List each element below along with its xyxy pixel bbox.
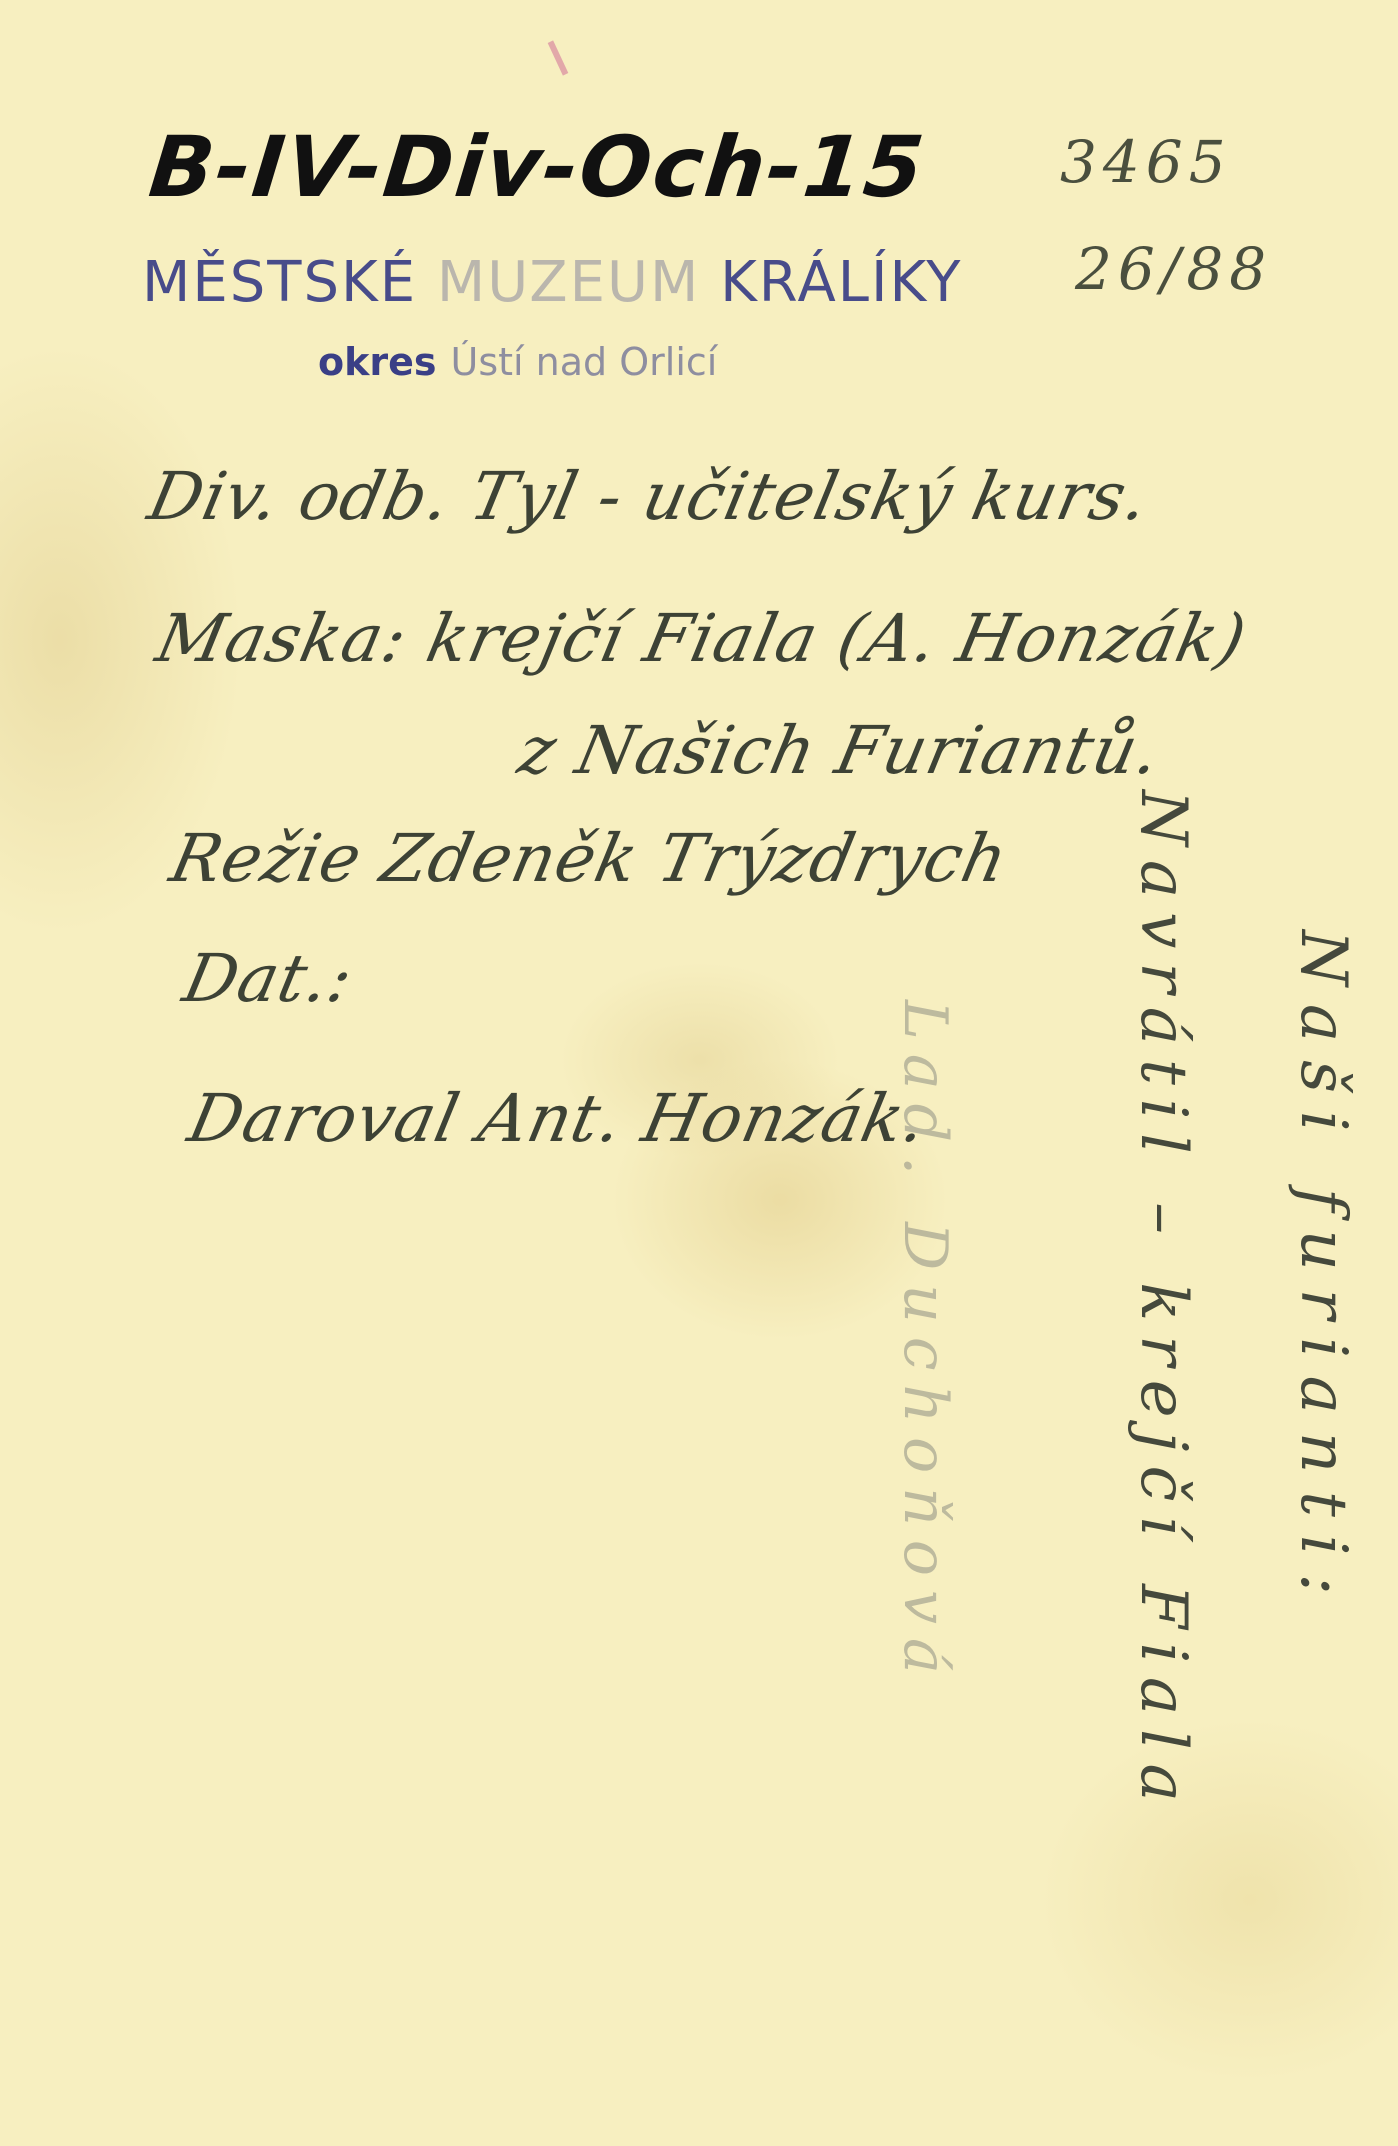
vertical-ghost-note: Lad. Duchoňová — [890, 1000, 960, 1688]
handwritten-line-6: Daroval Ant. Honzák. — [182, 1080, 934, 1157]
handwritten-line-2: Maska: krejčí Fiala (A. Honzák) — [150, 600, 1254, 677]
stamp-okres: okres — [318, 340, 437, 384]
handwritten-line-5: Dat.: — [177, 940, 360, 1017]
vertical-note-right: Naši furianti: — [1286, 930, 1360, 1613]
museum-stamp-line1: MĚSTSKÉ MUZEUM KRÁLÍKY — [142, 250, 962, 315]
stamp-word-muzeum: MUZEUM — [437, 250, 700, 315]
stamp-word-kraliky: KRÁLÍKY — [700, 250, 962, 315]
pink-mark — [548, 40, 569, 75]
handwritten-line-4: Režie Zdeněk Trýzdrych — [164, 820, 1015, 897]
vertical-note-middle: Navrátil – krejčí Fiala — [1126, 790, 1200, 1816]
stamp-district: Ústí nad Orlicí — [451, 340, 718, 384]
inventory-number-1: 3465 — [1060, 128, 1232, 196]
stamp-word-mestske: MĚSTSKÉ — [142, 250, 437, 315]
museum-stamp-line2: okresÚstí nad Orlicí — [318, 340, 717, 384]
handwritten-line-3: z Našich Furiantů. — [512, 712, 1167, 789]
handwritten-line-1: Div. odb. Tyl - učitelský kurs. — [142, 458, 1156, 535]
inventory-number-2: 26/88 — [1075, 235, 1272, 303]
shelfmark-label: B-IV-Div-Och-15 — [145, 118, 930, 216]
